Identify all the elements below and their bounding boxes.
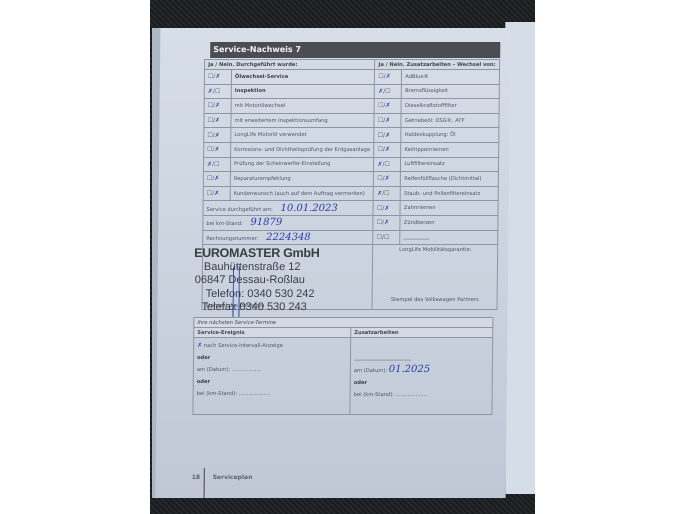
right-checkbox[interactable]: ☐/✗ <box>374 113 401 128</box>
right-checkbox[interactable]: ☐/✗ <box>374 142 401 157</box>
left-date-cell: Service durchgeführt am: 10.01.2023 <box>203 201 374 216</box>
left-checkbox[interactable]: ✗/☐ <box>204 84 231 99</box>
right-item-label: Getriebeöl: DSG®, ATF <box>401 113 499 128</box>
inv-value[interactable]: 2224348 <box>266 232 311 243</box>
date-label: Service durchgeführt am: <box>207 207 273 213</box>
right-checkbox[interactable]: ✗/☐ <box>375 84 402 99</box>
right-checkbox[interactable]: ✗/☐ <box>374 186 401 201</box>
left-item-label: Ölwechsel-Service <box>231 70 375 85</box>
service-page: Service-Nachweis 7 Ja / Nein. Durchgefüh… <box>156 28 511 498</box>
left-item-label: Inspektion <box>231 84 375 99</box>
footer-divider <box>204 468 205 498</box>
am-datum-label: am (Datum): <box>197 367 230 373</box>
right-item-label: Reifenfüllflasche (Dichtmittel) <box>401 172 499 187</box>
left-check-no-icon-2[interactable]: ✗ <box>215 102 220 109</box>
right-checkbox[interactable]: ☐/✗ <box>374 99 401 114</box>
next-service-table: Ihre nächsten Service-Termine Service-Er… <box>192 317 493 415</box>
right-check-no-icon-9[interactable]: ✗ <box>384 205 389 212</box>
next-left-cell: ✗ nach Service-Intervall-Anzeige oder am… <box>193 338 351 415</box>
right-check-no-icon-7[interactable]: ✗ <box>385 175 390 182</box>
table-row: ☐/✗Reparaturempfehlung☐/✗Reifenfüllflasc… <box>203 172 498 187</box>
km-value[interactable]: 91879 <box>250 217 282 228</box>
left-item-label: Kundenwunsch (auch auf dem Auftrag verme… <box>230 186 374 201</box>
stamp-label-right: Stempel des Volkswagen Partners <box>376 297 494 303</box>
right-item-label: __________ <box>400 230 498 245</box>
stamp-phone: Telefon: 0340 530 242 <box>206 289 315 300</box>
next-right-header: Zusatzarbeiten <box>351 328 493 338</box>
interval-label: nach Service-Intervall-Anzeige <box>204 343 283 349</box>
right-item-label: Luftfiltereinsatz <box>401 157 499 172</box>
next-right-cell: ______________________ am (Datum): 01.20… <box>350 338 493 415</box>
table-row: Rechnungsnummer: 2224348☐/☐__________ <box>203 230 498 245</box>
left-km-cell: bei km-Stand: 91879 <box>203 215 374 230</box>
right-checkbox[interactable]: ✗/☐ <box>374 157 401 172</box>
right-check-no-icon-4[interactable]: ✗ <box>385 132 390 139</box>
left-item-label: Reparaturempfehlung <box>230 172 374 187</box>
left-check-no-icon-7[interactable]: ✗ <box>214 175 219 182</box>
left-checkbox[interactable]: ☐/✗ <box>204 128 231 143</box>
next-date-value[interactable]: 01.2025 <box>389 364 430 375</box>
right-checkbox[interactable]: ☐/✗ <box>374 128 401 143</box>
right-item-label: Bremsflüssigkeit <box>402 84 500 99</box>
table-row: ☐/✗Ölwechsel-Service☐/✗AdBlue® <box>204 70 499 85</box>
table-row: ☐/✗Kundenwunsch (auch auf dem Auftrag ve… <box>203 186 498 201</box>
left-check-no-icon-0[interactable]: ✗ <box>215 73 220 80</box>
right-check-yes-icon-6[interactable]: ✗ <box>377 161 382 168</box>
right-item-label: Staub- und Pollenfiltereinsatz <box>401 186 499 201</box>
right-check-no-icon-5[interactable]: ✗ <box>385 146 390 153</box>
right-checkbox[interactable]: ☐/☐ <box>373 230 400 245</box>
page-title: Service-Nachweis 7 <box>213 45 301 54</box>
right-check-no-icon-2[interactable]: ✗ <box>385 102 390 109</box>
left-checkbox[interactable]: ☐/✗ <box>204 113 231 128</box>
left-check-no-icon-3[interactable]: ✗ <box>215 117 220 124</box>
right-item-label: AdBlue® <box>402 70 500 85</box>
longlife-label: LongLife Mobilitätsgarantie: <box>376 247 494 253</box>
right-item-label: Haldexkupplung: Öl <box>401 128 499 143</box>
left-check-no-icon-4[interactable]: ✗ <box>215 132 220 139</box>
left-item-label: mit erweitertem Inspektionsumfang <box>231 113 375 128</box>
left-check-yes-icon-6[interactable]: ✗ <box>207 161 212 168</box>
right-check-no-icon-3[interactable]: ✗ <box>385 117 390 124</box>
footer-section: Serviceplan <box>213 474 253 481</box>
stamp-company: EUROMASTER GmbH <box>194 247 320 260</box>
table-row: Service durchgeführt am: 10.01.2023☐/✗Za… <box>203 201 498 216</box>
right-item-label: Zahnriemen <box>400 201 498 216</box>
bei-km-label: bei (km-Stand): <box>197 391 237 397</box>
right-item-label: Zündkerzen <box>400 215 498 230</box>
left-check-no-icon-8[interactable]: ✗ <box>214 190 219 197</box>
right-check-no-icon-10[interactable]: ✗ <box>384 219 389 226</box>
document-photo: Service-Nachweis 7 Ja / Nein. Durchgefüh… <box>150 0 535 514</box>
right-checkbox[interactable]: ☐/✗ <box>373 201 400 216</box>
next-section-title: Ihre nächsten Service-Termine <box>194 318 493 328</box>
left-checkbox[interactable]: ✗/☐ <box>203 157 230 172</box>
left-header: Ja / Nein. Durchgeführt wurde: <box>205 60 375 70</box>
left-checkbox[interactable]: ☐/✗ <box>204 99 231 114</box>
table-row: ✗/☐Prüfung der Scheinwerfer-Einstellung✗… <box>203 157 498 172</box>
right-check-yes-icon-1[interactable]: ✗ <box>378 88 383 95</box>
right-checkbox[interactable]: ☐/✗ <box>374 172 401 187</box>
table-row: bei km-Stand: 91879☐/✗Zündkerzen <box>203 215 498 230</box>
left-checkbox[interactable]: ☐/✗ <box>203 172 230 187</box>
km-label: bei km-Stand: <box>206 221 242 227</box>
right-item-label: Keilrippenriemen <box>401 142 499 157</box>
oder-1: oder <box>197 352 347 364</box>
left-inv-cell: Rechnungsnummer: 2224348 <box>203 230 374 245</box>
next-left-header: Service-Ereignis <box>194 328 351 338</box>
right-header: Ja / Nein. Zusatzarbeiten – Wechsel von: <box>375 60 500 70</box>
table-row: ☐/✗mit erweitertem Inspektionsumfang☐/✗G… <box>204 113 499 128</box>
left-checkbox[interactable]: ☐/✗ <box>203 186 230 201</box>
left-item-label: LongLife Motoröl verwendet <box>231 128 375 143</box>
left-checkbox[interactable]: ☐/✗ <box>204 70 231 85</box>
stamp-city: 06847 Dessau-Roßlau <box>195 275 305 286</box>
oder-2: oder <box>197 376 347 388</box>
page-number: 18 <box>192 474 200 481</box>
left-checkbox[interactable]: ☐/✗ <box>204 142 231 157</box>
table-row: ☐/✗Korrosions- und Dichtheitsprüfung der… <box>204 142 499 157</box>
right-check-yes-icon-8[interactable]: ✗ <box>377 190 382 197</box>
left-check-yes-icon-1[interactable]: ✗ <box>208 88 213 95</box>
left-item-label: Prüfung der Scheinwerfer-Einstellung <box>230 157 374 172</box>
stamp-fax: Telefax 0340 530 243 <box>201 302 306 313</box>
table-row: ☐/✗mit Motorölwechsel☐/✗Dieselkraftstoff… <box>204 99 499 114</box>
date-value[interactable]: 10.01.2023 <box>280 203 337 214</box>
stamp-street: Bauhüttenstraße 12 <box>204 262 301 273</box>
inv-label: Rechnungsnummer: <box>206 236 258 242</box>
stamp-right-cell: LongLife Mobilitätsgarantie:Stempel des … <box>372 245 497 310</box>
signature <box>232 266 240 324</box>
right-oder: oder <box>354 377 489 389</box>
table-row: ✗/☐Inspektion✗/☐Bremsflüssigkeit <box>204 84 499 99</box>
table-row: ☐/✗LongLife Motoröl verwendet☐/✗Haldexku… <box>204 128 499 143</box>
right-bei-km-label: bei (km-Stand): <box>354 392 394 398</box>
left-item-label: Korrosions- und Dichtheitsprüfung der Er… <box>231 142 375 157</box>
right-check-no-icon-0[interactable]: ✗ <box>386 73 391 80</box>
left-check-no-icon-5[interactable]: ✗ <box>215 146 220 153</box>
right-item-label: Dieselkraftstofffilter <box>401 99 499 114</box>
right-checkbox[interactable]: ☐/✗ <box>373 215 400 230</box>
left-item-label: mit Motorölwechsel <box>231 99 375 114</box>
right-checkbox[interactable]: ☐/✗ <box>375 70 402 85</box>
interval-check-icon[interactable]: ✗ <box>197 342 202 349</box>
right-am-datum-label: am (Datum): <box>354 368 387 374</box>
